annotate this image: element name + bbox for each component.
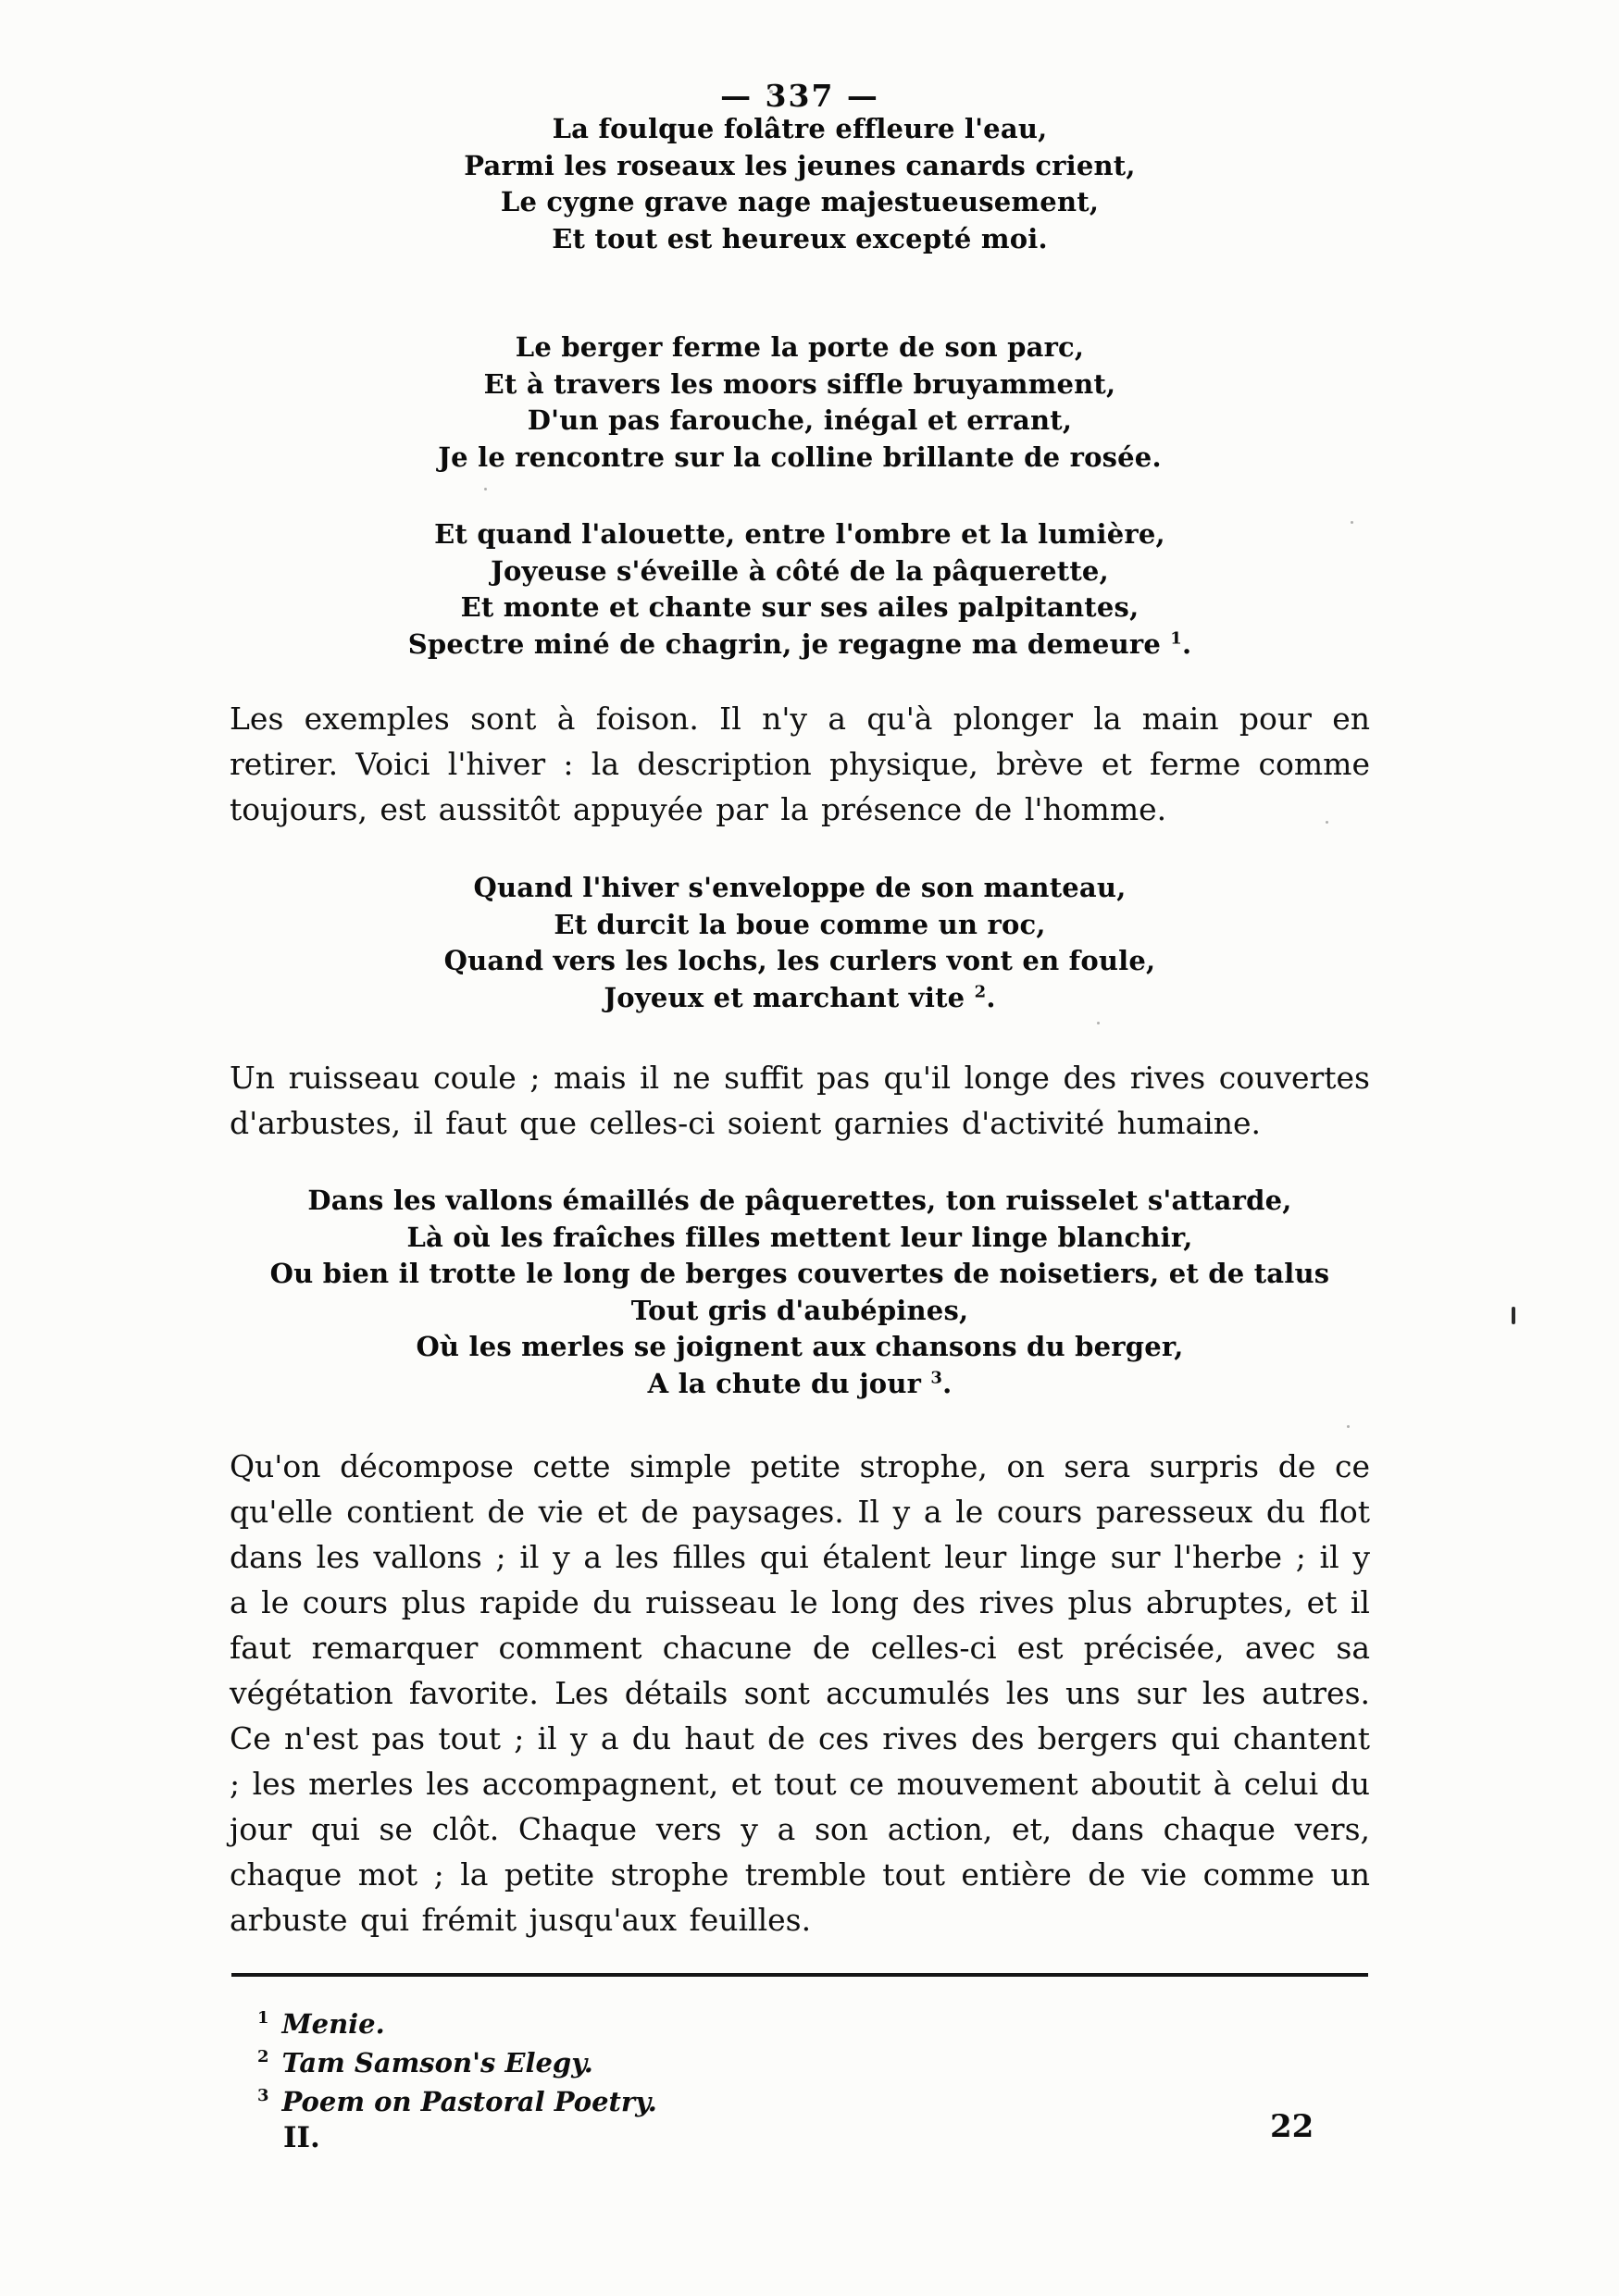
footnote-divider-rule: [231, 1973, 1368, 1977]
footnote: 1Menie.: [257, 2004, 657, 2043]
footnote-text: Poem on Pastoral Poetry.: [282, 2086, 657, 2117]
verse-line: La foulque folâtre effleure l'eau,: [230, 111, 1370, 148]
verse-line: Joyeux et marchant vite 2.: [230, 980, 1370, 1017]
book-page: — 337 — La foulque folâtre effleure l'ea…: [0, 0, 1619, 2296]
verse-line: Joyeuse s'éveille à côté de la pâquerett…: [230, 553, 1370, 590]
footnote-ref: 1: [1170, 628, 1182, 648]
footnote-marker: 3: [257, 2086, 269, 2105]
verse-stanza-3: Et quand l'alouette, entre l'ombre et la…: [230, 516, 1370, 663]
footnote-text: Tam Samson's Elegy.: [282, 2047, 593, 2079]
prose-paragraph-1: Les exemples sont à foison. Il n'y a qu'…: [230, 696, 1370, 832]
verse-stanza-4: Quand l'hiver s'enveloppe de son manteau…: [230, 870, 1370, 1016]
verse-stanza-1: La foulque folâtre effleure l'eau,Parmi …: [230, 111, 1370, 257]
verse-line: Le cygne grave nage majestueusement,: [230, 184, 1370, 221]
footnote-ref: 3: [930, 1368, 942, 1387]
verse-line: Dans les vallons émaillés de pâquerettes…: [230, 1183, 1370, 1220]
verse-line: Le berger ferme la porte de son parc,: [230, 329, 1370, 366]
footnote-marker: 1: [257, 2008, 269, 2028]
footnotes: 1Menie.2Tam Samson's Elegy.3Poem on Past…: [257, 2004, 657, 2121]
verse-line: Quand vers les lochs, les curlers vont e…: [230, 943, 1370, 980]
scan-stray-mark: [1512, 1307, 1515, 1324]
page-number-header: — 337 —: [230, 78, 1370, 114]
footnote-text: Menie.: [282, 2008, 385, 2040]
footnote: 3Poem on Pastoral Poetry.: [257, 2082, 657, 2121]
verse-line: Et à travers les moors siffle bruyamment…: [230, 366, 1370, 403]
verse-line: Et tout est heureux excepté moi.: [230, 221, 1370, 258]
footnote: 2Tam Samson's Elegy.: [257, 2043, 657, 2082]
verse-line: Et monte et chante sur ses ailes palpita…: [230, 590, 1370, 627]
verse-line: Et durcit la boue comme un roc,: [230, 907, 1370, 944]
verse-stanza-2: Le berger ferme la porte de son parc,Et …: [230, 329, 1370, 476]
scan-speck: [1347, 1425, 1350, 1428]
footnote-ref: 2: [975, 982, 987, 1001]
verse-line: Je le rencontre sur la colline brillante…: [230, 440, 1370, 477]
verse-line: Ou bien il trotte le long de berges couv…: [230, 1256, 1370, 1293]
scan-speck: [769, 90, 773, 93]
verse-line: A la chute du jour 3.: [230, 1366, 1370, 1403]
footnote-marker: 2: [257, 2047, 269, 2066]
scan-speck: [1097, 1022, 1100, 1024]
prose-paragraph-2: Un ruisseau coule ; mais il ne suffit pa…: [230, 1055, 1370, 1146]
scan-speck: [1351, 521, 1353, 524]
page-number-footer: 22: [1270, 2108, 1314, 2145]
scan-speck: [484, 488, 487, 490]
verse-line: Où les merles se joignent aux chansons d…: [230, 1329, 1370, 1366]
verse-line: Parmi les roseaux les jeunes canards cri…: [230, 148, 1370, 185]
verse-line: Spectre miné de chagrin, je regagne ma d…: [230, 627, 1370, 664]
verse-stanza-5: Dans les vallons émaillés de pâquerettes…: [230, 1183, 1370, 1402]
prose-paragraph-3: Qu'on décompose cette simple petite stro…: [230, 1444, 1370, 1942]
verse-line: Quand l'hiver s'enveloppe de son manteau…: [230, 870, 1370, 907]
scan-speck: [1326, 821, 1328, 824]
verse-line: D'un pas farouche, inégal et errant,: [230, 403, 1370, 440]
verse-line: Et quand l'alouette, entre l'ombre et la…: [230, 516, 1370, 553]
verse-line: Tout gris d'aubépines,: [230, 1293, 1370, 1330]
volume-signature: II.: [283, 2121, 320, 2154]
verse-line: Là où les fraîches filles mettent leur l…: [230, 1220, 1370, 1257]
